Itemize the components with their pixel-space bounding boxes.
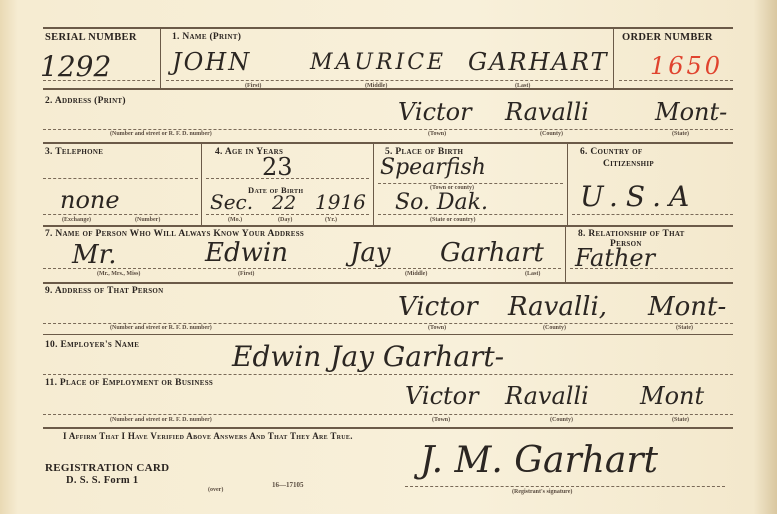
address-street-caption: (Number and street or R. F. D. number): [110, 131, 212, 137]
contact-address-town-caption: (Town): [428, 325, 446, 331]
birthplace-state-value: So. Dak.: [395, 190, 488, 215]
contact-middle-value: Jay: [350, 238, 391, 268]
rule-row5: [43, 334, 733, 335]
name-first-caption: (First): [245, 83, 261, 89]
fill-line: [43, 414, 733, 415]
employment-county-value: Ravalli: [505, 382, 589, 410]
gpo-code: 16—17105: [272, 481, 304, 489]
name-first-value: John: [172, 48, 251, 76]
registration-card: SERIAL NUMBER 1292 1. Name (Print) John …: [0, 0, 777, 514]
employment-state-value: Mont: [640, 382, 704, 410]
rule-row4: [43, 282, 733, 284]
fill-line: [43, 374, 733, 375]
name-last-caption: (Last): [515, 83, 530, 89]
divider-age: [373, 143, 374, 225]
address-state-caption: (State): [672, 131, 689, 137]
fill-line: [572, 214, 733, 215]
fill-line: [43, 129, 733, 130]
birthplace-town-value: Spearfish: [380, 155, 486, 180]
dob-month-value: Sec.: [210, 190, 253, 214]
telephone-label: 3. Telephone: [45, 147, 103, 157]
fill-line: [43, 323, 733, 324]
name-label: 1. Name (Print): [172, 32, 241, 42]
contact-address-state-value: Mont-: [648, 292, 726, 322]
employment-town-caption: (Town): [432, 417, 450, 423]
fill-line: [43, 178, 198, 179]
employer-name-value: Edwin Jay Garhart-: [232, 340, 504, 373]
rule-row6: [43, 427, 733, 429]
fill-line: [166, 80, 608, 81]
contact-last-value: Garhart: [440, 238, 544, 268]
divider-serial: [160, 28, 161, 88]
relationship-value: Father: [575, 244, 655, 272]
employment-place-label: 11. Place of Employment or Business: [45, 378, 213, 388]
telephone-value: none: [60, 186, 120, 214]
contact-address-county-caption: (County): [543, 325, 566, 331]
birthplace-state-caption: (State or country): [430, 217, 476, 223]
employment-state-caption: (State): [672, 417, 689, 423]
age-value: 23: [262, 153, 293, 181]
order-number-value: 1650: [650, 52, 723, 80]
contact-address-state-caption: (State): [676, 325, 693, 331]
divider-order: [613, 28, 614, 88]
employment-county-caption: (County): [550, 417, 573, 423]
contact-first-caption: (First): [238, 271, 254, 277]
contact-last-caption: (Last): [525, 271, 540, 277]
employment-town-value: Victor: [405, 382, 479, 410]
address-state-value: Mont-: [655, 98, 727, 126]
registrant-signature: J. M. Garhart: [420, 440, 658, 481]
telephone-number-caption: (Number): [135, 217, 160, 223]
citizenship-label-line1: 6. Country of: [580, 147, 642, 157]
dob-month-caption: (Mo.): [228, 217, 242, 223]
dob-day-value: 22: [272, 192, 296, 214]
top-rule: [43, 27, 733, 29]
serial-number-label: SERIAL NUMBER: [45, 32, 137, 43]
address-county-caption: (County): [540, 131, 563, 137]
fill-line: [43, 268, 561, 269]
contact-title-caption: (Mr., Mrs., Miss): [97, 271, 140, 277]
fill-line: [619, 80, 733, 81]
address-town-value: Victor: [398, 98, 472, 126]
employment-street-caption: (Number and street or R. F. D. number): [110, 417, 212, 423]
signature-caption: (Registrant's signature): [512, 489, 572, 495]
address-label: 2. Address (Print): [45, 96, 126, 106]
address-town-caption: (Town): [428, 131, 446, 137]
contact-middle-caption: (Middle): [405, 271, 427, 277]
employer-name-label: 10. Employer's Name: [45, 340, 139, 350]
fill-line: [405, 486, 725, 487]
name-last-value: Garhart: [468, 48, 609, 76]
dob-year-value: 1916: [315, 190, 366, 214]
divider-birthplace: [567, 143, 568, 225]
registration-card-title: REGISTRATION CARD: [45, 462, 169, 474]
fill-line: [378, 183, 563, 184]
divider-relationship: [565, 226, 566, 282]
name-middle-value: Maurice: [310, 50, 446, 75]
dob-year-caption: (Yr.): [325, 217, 337, 223]
order-number-label: ORDER NUMBER: [622, 32, 713, 43]
contact-address-street-caption: (Number and street or R. F. D. number): [110, 325, 212, 331]
rule-row3: [43, 225, 733, 227]
contact-title-value: Mr.: [72, 240, 116, 270]
affirmation-text: I Affirm That I Have Verified Above Answ…: [63, 431, 353, 441]
rule-row1: [43, 88, 733, 90]
serial-number-value: 1292: [40, 50, 111, 83]
fill-line: [206, 214, 369, 215]
telephone-exchange-caption: (Exchange): [62, 217, 91, 223]
fill-line: [43, 214, 198, 215]
rule-row2: [43, 142, 733, 144]
form-number: D. S. S. Form 1: [66, 475, 138, 486]
contact-address-county-value: Ravalli,: [508, 292, 607, 322]
contact-address-town-value: Victor: [398, 292, 478, 322]
citizenship-label-line2: Citizenship: [603, 159, 654, 169]
relationship-label-line1: 8. Relationship of That: [578, 229, 685, 239]
contact-first-value: Edwin: [205, 238, 288, 268]
print-code: (over): [208, 487, 223, 493]
contact-address-label: 9. Address of That Person: [45, 286, 164, 296]
divider-telephone: [201, 143, 202, 225]
citizenship-value: U.S.A: [580, 180, 697, 213]
dob-day-caption: (Day): [278, 217, 292, 223]
name-middle-caption: (Middle): [365, 83, 387, 89]
address-county-value: Ravalli: [505, 98, 589, 126]
